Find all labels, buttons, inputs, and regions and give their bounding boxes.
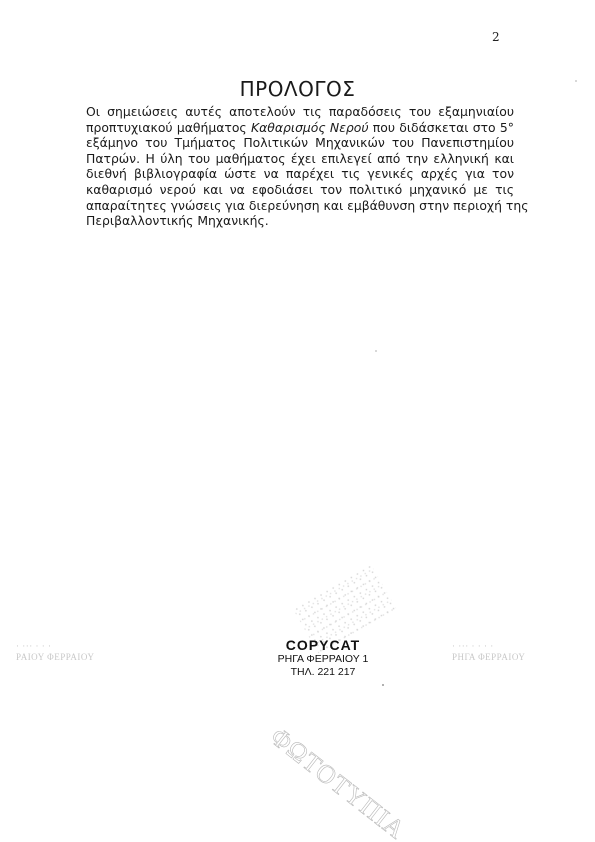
faded-stamp-line: · ··· · · · · [452,641,525,652]
paragraph-line: Οι σημειώσεις αυτές αποτελούν τις παραδό… [86,104,514,120]
paragraph-line: προπτυχιακού μαθήματος Καθαρισμός Νερού … [86,120,514,136]
faded-stamp-line: ΡΑΙΟΥ ΦΕΡΡΑΙΟΥ [16,652,94,663]
paragraph-line: διεθνή βιβλιογραφία ώστε να παρέχει τις … [86,166,514,182]
faded-stamp-line: ΡΗΓΑ ΦΕΡΡΑΙΟΥ [452,652,525,663]
course-title: Καθαρισμός Νερού [251,120,369,135]
paragraph-line: καθαρισμό νερού και να εφοδιάσει τον πολ… [86,182,514,198]
page-number: 2 [492,30,500,44]
page-title: ΠΡΟΛΟΓΟΣ [0,77,595,101]
faded-stamp-line: · ··· · · · [16,641,94,652]
preface-paragraph: Οι σημειώσεις αυτές αποτελούν τις παραδό… [86,104,514,229]
line-text: που διδάσκεται στο 5° [369,120,514,135]
faded-stamp-right: · ··· · · · · ΡΗΓΑ ΦΕΡΡΑΙΟΥ [452,641,525,663]
paragraph-line: απαραίτητες γνώσεις για διερεύνηση και ε… [86,198,514,214]
paragraph-line: Πατρών. Η ύλη του μαθήματος έχει επιλεγε… [86,151,514,167]
paragraph-line: Περιβαλλοντικής Μηχανικής. [86,213,514,229]
scan-speck [575,80,577,82]
line-text: προπτυχιακού μαθήματος [86,120,251,135]
stamp-address: ΡΗΓΑ ΦΕΡΡΑΙΟΥ 1 [258,653,388,666]
faded-stamp-left: · ··· · · · ΡΑΙΟΥ ΦΕΡΡΑΙΟΥ [16,641,94,663]
scan-speck [375,350,377,352]
faded-rotated-stamp: ΦΩΤΟΤΥΠΙΑ [265,722,411,842]
copyshop-stamp: COPYCAT ΡΗΓΑ ΦΕΡΡΑΙΟΥ 1 ΤΗΛ. 221 217 [258,638,388,679]
scan-speck [382,684,384,686]
stamp-name: COPYCAT [258,638,388,653]
stamp-phone: ΤΗΛ. 221 217 [258,666,388,679]
paragraph-line: εξάμηνο του Τμήματος Πολιτικών Μηχανικών… [86,135,514,151]
